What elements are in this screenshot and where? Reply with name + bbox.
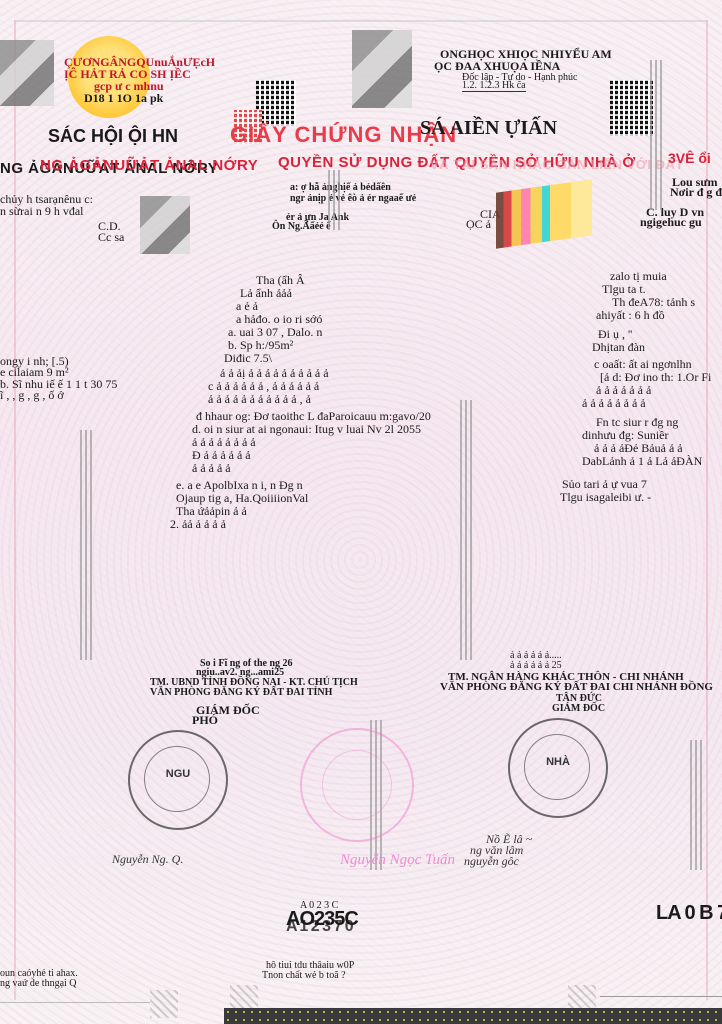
emblem-line: D18 1 1O 1a pk (64, 92, 215, 104)
emblem-text: ÇƯƠNGÂNGQUnuẮnƯẸcH ỊĈ HẢT RẢ CO SH ỊỀC g… (64, 56, 215, 104)
left-line: Cc sa (98, 231, 124, 244)
title-underline-text: ngr ảnịp ẻ vẻ êò ả ẻr ngaaế ưẻ (290, 193, 416, 204)
right-line: ngigehuc gu (640, 216, 702, 229)
scan-artifact (328, 170, 342, 230)
left-area-line: ĩ , , g , g , ố ớ (0, 389, 64, 402)
serial-number-right: LA 0 B 7 5 (656, 902, 722, 925)
left-red-heading: NG ẢGẢNUỮẢT ẢNAL NỚRY (40, 157, 258, 174)
land-info-line: ả ả ả ả ả ả ả ả ả ả ả , ả (208, 393, 431, 406)
signer-title-right: GIÁM ĐỐC (552, 703, 605, 714)
footer-note-center: Tnon chất wẻ b toã ? (262, 970, 346, 981)
title-underline-text: ỌC ả (466, 218, 491, 231)
seal-ring (322, 750, 392, 820)
border-line-right (706, 20, 708, 1000)
issue-date-right: ả ả ả ả ả ả 25 (510, 660, 562, 671)
issuing-authority-right: VĂN PHÒNG ĐĂNG KÝ ĐẤT ĐAI CHI NHÁNH ĐỒNG (440, 682, 713, 693)
portrait-fragment-left (0, 40, 54, 106)
qr-code-right (610, 80, 654, 136)
border-line-top (14, 20, 708, 22)
photo-fragment (140, 196, 190, 254)
motto-line: 1.2. 1.2.3 Hk c̃a (462, 80, 526, 92)
right-heading: 3VÊ ổi (668, 152, 711, 165)
official-seal-right: NHÀ (508, 718, 608, 818)
footer-rule (600, 996, 722, 997)
seal-text: NHÀ (510, 756, 606, 768)
left-line: n sừrai n 9 h vđal (0, 205, 84, 218)
scan-artifact (460, 400, 474, 660)
land-info-line: 2. ảả ả ả ả ả (170, 518, 431, 531)
bottom-dark-strip (224, 1008, 722, 1024)
right-info-line: Tlgu isagaleibi ư. - (560, 491, 711, 504)
scan-artifact (80, 430, 94, 660)
land-info-line: Diđic 7.5\ (224, 352, 431, 365)
left-heading: SÁC HỘI ỘI HN (48, 130, 178, 143)
title-underline-text: Ôn Ng.Ãẩẻẻ ể (272, 221, 331, 232)
footer-rule (0, 1002, 150, 1003)
certificate-title-overlay: SÁ AIỀN ỰIẤN (420, 122, 557, 135)
signature-left: Nguyễn Ng. Q. (112, 852, 183, 867)
signature-center: Nguyễn Ngọc Tuấn (340, 852, 455, 869)
scan-artifact (650, 60, 664, 210)
right-info-line: Dhịtan đàn (592, 341, 711, 354)
issuing-authority: VĂN PHÒNG ĐĂNG KÝ ĐẤT ĐAI TỈNH (150, 687, 332, 698)
footer-note-left: ng vaứ de thngại Q (0, 978, 77, 989)
official-seal-center (300, 728, 414, 842)
right-line: Nơir đ g đ (670, 186, 722, 199)
seal-text: NGU (130, 768, 226, 780)
signature-right: nguyễn gôc (464, 854, 519, 869)
serial-number-sub: A 1 2 3 7 0 (286, 918, 353, 936)
certificate-subtitle-faded: VÀ TÀI SẢN KHÁC GẮN LIỀN VỚI ĐẤT (430, 157, 684, 172)
official-seal-left: NGU (128, 730, 228, 830)
signer-title: PHÓ (192, 714, 218, 727)
portrait-fragment-center (352, 30, 412, 108)
right-info-line: DabLảnh ả 1 ả Lả ảĐÀN (582, 455, 711, 468)
right-info-line: ả ả ả ả ả ả ả ả (582, 397, 711, 410)
land-info-block: Tha (ẩh Â Lả ẩnh ảảả a ẻ ả a hảđo. o io … (176, 274, 431, 531)
land-info-line: ả ả ả ả ả (192, 462, 431, 475)
right-info-line: ahiyất : 6 h đồ (596, 309, 711, 322)
qr-code (256, 80, 296, 126)
corner-pattern (150, 990, 178, 1018)
scan-artifact (690, 740, 704, 870)
right-info-block: zalo tị muia Tlgu ta t. Th đeA78: tảnh s… (582, 270, 711, 504)
land-info-line: Lả ẩnh ảảả (240, 287, 431, 300)
